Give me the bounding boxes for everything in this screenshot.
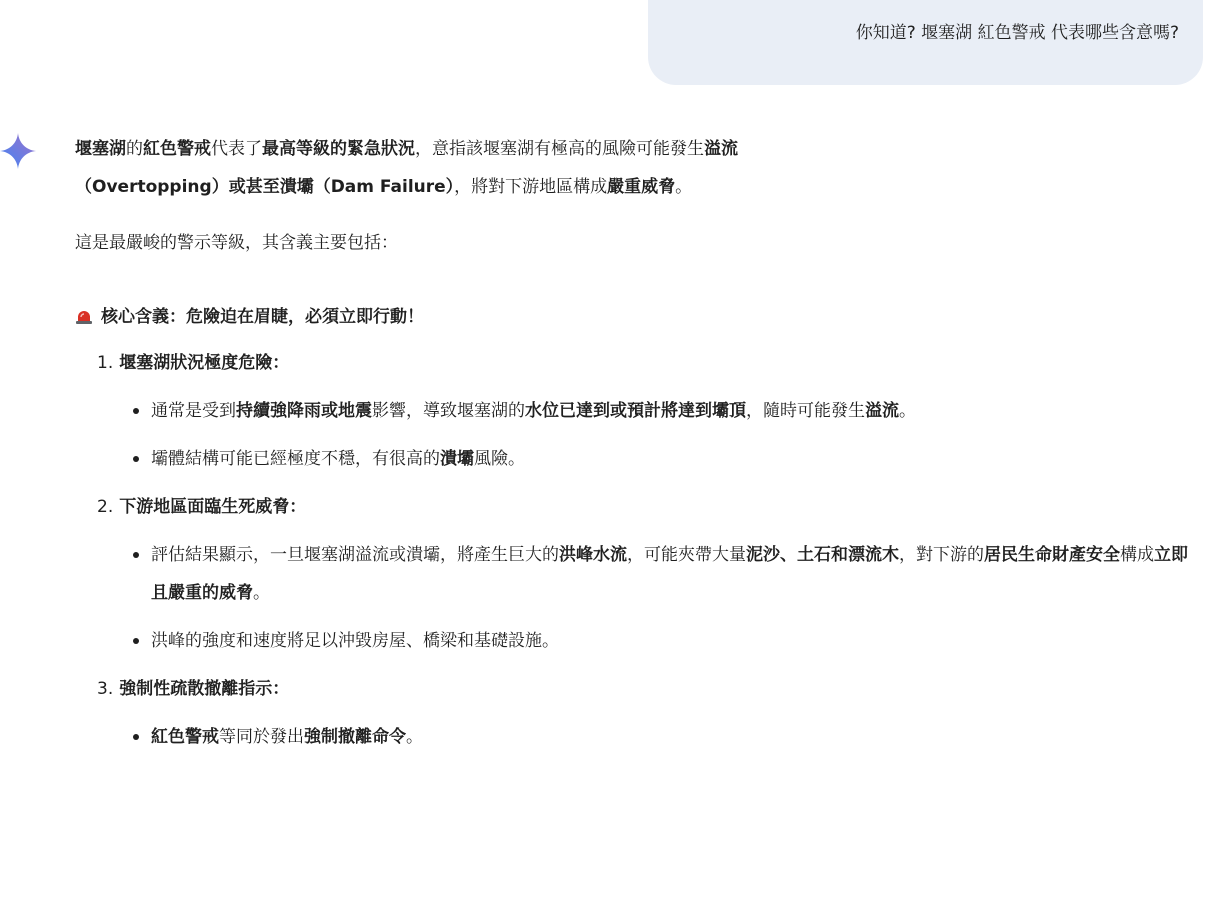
intro-bold: （Overtopping）或甚至潰壩（Dam Failure） (75, 177, 454, 197)
bullet-list-1: 通常是受到持續強降雨或地震影響，導致堰塞湖的水位已達到或預計將達到壩頂，隨時可能… (75, 392, 1195, 478)
bullet-item: 評估結果顯示，一旦堰塞湖溢流或潰壩，將產生巨大的洪峰水流，可能夾帶大量泥沙、土石… (75, 536, 1191, 612)
list-title: 強制性疏散撤離指示： (119, 679, 289, 699)
intro-paragraph: 堰塞湖的紅色警戒代表了最高等級的緊急狀況，意指該堰塞湖有極高的風險可能發生溢流（… (75, 130, 1195, 206)
intro-bold: 嚴重威脅 (607, 177, 675, 197)
section-heading: 核心含義：危險迫在眉睫，必須立即行動！ (75, 298, 1195, 336)
bullet-list-3: 紅色警戒等同於發出強制撤離命令。 (75, 718, 1195, 756)
heading-text: 核心含義：危險迫在眉睫，必須立即行動！ (101, 298, 424, 336)
list-title: 堰塞湖狀況極度危險： (119, 353, 289, 373)
subtitle-paragraph: 這是最嚴峻的警示等級，其含義主要包括： (75, 224, 1195, 262)
user-message-text: 你知道? 堰塞湖 紅色警戒 代表哪些含意嗎? (856, 23, 1179, 43)
user-message-bubble: 你知道? 堰塞湖 紅色警戒 代表哪些含意嗎? (648, 0, 1203, 85)
bullet-list-2: 評估結果顯示，一旦堰塞湖溢流或潰壩，將產生巨大的洪峰水流，可能夾帶大量泥沙、土石… (75, 536, 1195, 660)
intro-text: ，意指該堰塞湖有極高的風險可能發生 (415, 139, 704, 159)
intro-text: 代表了 (211, 139, 262, 159)
bullet-item: 紅色警戒等同於發出強制撤離命令。 (75, 718, 1195, 756)
list-title: 下游地區面臨生死威脅： (119, 497, 306, 517)
assistant-response: 堰塞湖的紅色警戒代表了最高等級的緊急狀況，意指該堰塞湖有極高的風險可能發生溢流（… (75, 130, 1195, 766)
alarm-light-icon (75, 308, 93, 326)
list-item-3: 3.強制性疏散撤離指示： (75, 670, 1195, 708)
list-item-1: 1.堰塞湖狀況極度危險： (75, 344, 1195, 382)
bullet-item: 洪峰的強度和速度將足以沖毀房屋、橋梁和基礎設施。 (75, 622, 1195, 660)
list-item-2: 2.下游地區面臨生死威脅： (75, 488, 1195, 526)
bullet-item: 通常是受到持續強降雨或地震影響，導致堰塞湖的水位已達到或預計將達到壩頂，隨時可能… (75, 392, 1191, 430)
intro-bold: 最高等級的緊急狀況 (262, 139, 415, 159)
intro-bold: 堰塞湖 (75, 139, 126, 159)
list-number: 3. (97, 679, 113, 699)
list-number: 1. (97, 353, 113, 373)
intro-text: 的 (126, 139, 143, 159)
bullet-item: 壩體結構可能已經極度不穩，有很高的潰壩風險。 (75, 440, 1195, 478)
intro-bold: 紅色警戒 (143, 139, 211, 159)
intro-bold: 溢流 (704, 139, 738, 159)
gemini-sparkle-icon (0, 133, 36, 169)
intro-text: 。 (675, 177, 692, 197)
list-number: 2. (97, 497, 113, 517)
intro-text: ，將對下游地區構成 (454, 177, 607, 197)
